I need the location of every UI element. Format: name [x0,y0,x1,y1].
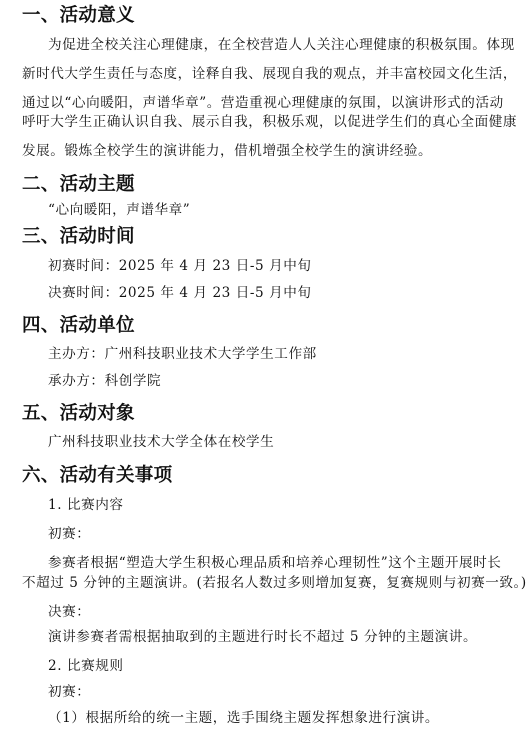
paragraph-line: 发展。锻炼全校学生的演讲能力，借机增强全校学生的演讲经验。 [22,141,432,161]
item1-final-label: 决赛： [48,602,90,622]
heading-activity-theme: 二、活动主题 [22,173,135,197]
item1-preliminary-line: 不超过 5 分钟的主题演讲。(若报名人数过多则增加复赛，复赛规则与初赛一致。) [22,573,527,593]
item1-final-text: 演讲参赛者需根据抽取到的主题进行时长不超过 5 分钟的主题演讲。 [48,627,477,647]
item2-preliminary-label: 初赛： [48,682,90,702]
target-audience: 广州科技职业技术大学全体在校学生 [48,432,274,452]
heading-activity-target: 五、活动对象 [22,402,135,426]
item2-rule-1: （1）根据所给的统一主题，选手围绕主题发挥想象进行演讲。 [48,708,439,728]
document-page: 一、活动意义 为促进全校关注心理健康，在全校营造人人关注心理健康的积极氛围。体现… [0,0,532,748]
paragraph-line: 新时代大学生责任与态度，诠释自我、展现自我的观点，并丰富校园文化生活， [22,64,517,84]
final-time: 决赛时间：2025 年 4 月 23 日-5 月中旬 [48,283,312,303]
preliminary-time: 初赛时间：2025 年 4 月 23 日-5 月中旬 [48,256,312,276]
heading-activity-units: 四、活动单位 [22,314,135,338]
paragraph-line: 通过以“心向暖阳，声谱华章”。营造重视心理健康的氛围，以演讲形式的活动 [22,93,504,113]
item1-preliminary-label: 初赛： [48,524,90,544]
item1-title: 1. 比赛内容 [48,495,124,515]
host-organization: 主办方：广州科技职业技术大学学生工作部 [48,344,317,364]
organizer: 承办方：科创学院 [48,371,161,391]
paragraph-line: 为促进全校关注心理健康，在全校营造人人关注心理健康的积极氛围。体现 [48,35,515,55]
heading-activity-significance: 一、活动意义 [22,4,135,28]
theme-text: “心向暖阳，声谱华章” [48,200,190,220]
paragraph-line: 呼吁大学生正确认识自我、展示自我，积极乐观，以促进学生们的真心全面健康 [22,112,517,132]
item2-title: 2. 比赛规则 [48,656,124,676]
heading-activity-time: 三、活动时间 [22,225,135,249]
heading-activity-details: 六、活动有关事项 [22,464,172,488]
item1-preliminary-line: 参赛者根据“塑造大学生积极心理品质和培养心理韧性”这个主题开展时长 [48,553,501,573]
